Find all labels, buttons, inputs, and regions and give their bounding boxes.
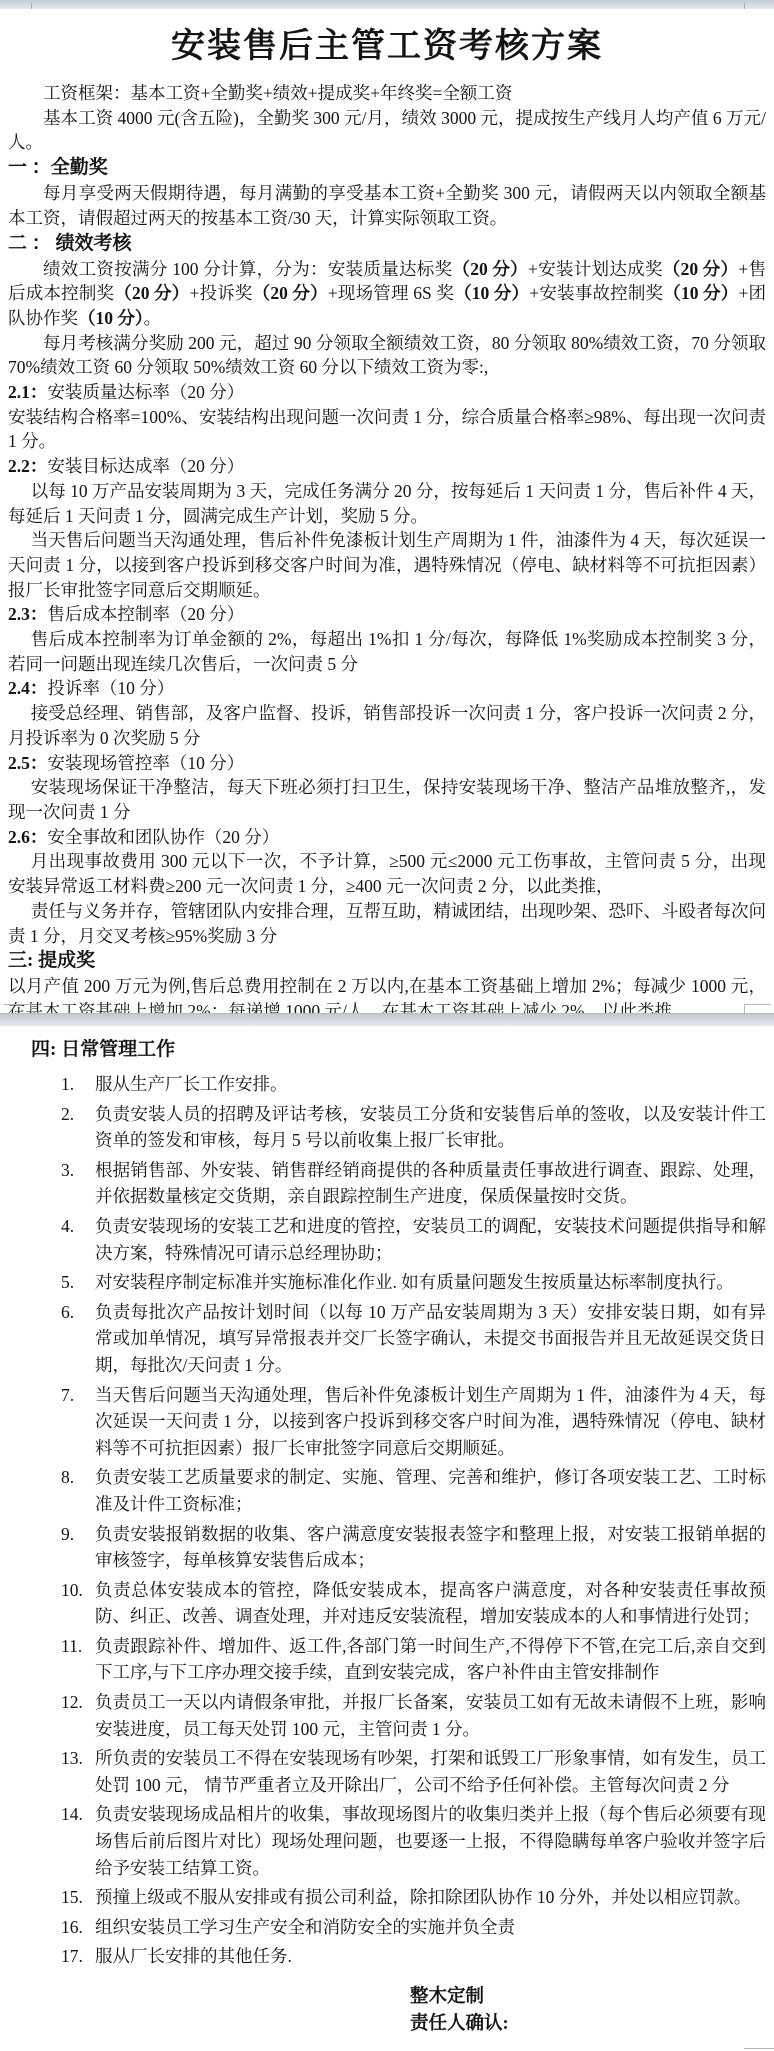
signature-company: 整木定制 [410,1984,774,2011]
list-item-text: 负责员工一天以内请假条审批，并报厂长备案，安装员工如有无故未请假不上班，影响安装… [95,1689,766,1742]
paragraph: 2.4：投诉率（10 分） [8,676,766,701]
text-run: 2.5： [8,753,47,773]
paragraph: 2.5：安装现场管控率（10 分） [8,751,766,776]
paragraph: 2.3：售后成本控制率（20 分） [8,602,766,627]
list-item-text: 所负责的安装员工不得在安装现场有吵架，打架和诋毁工厂形象事情，如有发生，员工处罚… [95,1745,766,1798]
list-item: 14.负责安装现场成品相片的收集，事故现场图片的收集归类并上报（每个售后必须要有… [61,1801,766,1881]
paragraph: 接受总经理、销售部，及客户监督、投诉，销售部投诉一次问责 1 分，客户投诉一次问… [8,701,766,750]
text-run: 基本工资 4000 元(含五险)，全勤奖 300 元/月，绩效 3000 元，提… [8,108,766,153]
paragraph: 责任与义务并存，管辖团队内安排合理，互帮互助，精诚团结，出现吵架、恐吓、斗殴者每… [8,899,766,948]
text-run: （10 分） [663,283,738,303]
text-run: 2.4： [8,678,47,698]
paragraph: 安装现场保证干净整洁，每天下班必须打扫卫生，保持安装现场干净、整洁产品堆放整齐,… [8,775,766,824]
list-item-text: 负责每批次产品按计划时间（以每 10 万产品安装周期为 3 天）安排安装日期，如… [95,1299,766,1379]
list-item-text: 负责安装现场的安装工艺和进度的管控，安装员工的调配，安装技术问题提供指导和解决方… [95,1213,766,1266]
text-run: （10 分） [78,308,144,328]
list-item-number: 13. [61,1745,95,1798]
paragraph: 基本工资 4000 元(含五险)，全勤奖 300 元/月，绩效 3000 元，提… [8,106,766,155]
list-item-number: 5. [61,1269,95,1296]
paragraph: 安装结构合格率=100%、安装结构出现问题一次问责 1 分，综合质量合格率≥98… [8,405,766,454]
text-run: 安装现场管控率（10 分） [47,753,244,773]
list-item: 17.服从厂长安排的其他任务. [61,1943,766,1970]
list-item-number: 2. [61,1101,95,1154]
page-break-gap [0,1013,774,1027]
text-run: +投诉奖 [189,283,252,303]
list-item: 15.预撞上级或不服从安排或有损公司利益，除扣除团队协作 10 分外，并处以相应… [61,1884,766,1911]
paragraph: 每月享受两天假期待遇，每月满勤的享受基本工资+全勤奖 300 元，请假两天以内领… [8,181,766,230]
signature-confirm-label: 责任人确认: [410,2011,774,2038]
list-item-number: 9. [61,1521,95,1574]
list-item: 6.负责每批次产品按计划时间（以每 10 万产品安装周期为 3 天）安排安装日期… [61,1299,766,1379]
list-item: 2.负责安装人员的招聘及评诂考核，安装员工分货和安装售后单的签收，以及安装计件工… [61,1101,766,1154]
list-item: 1.服从生产厂长工作安排。 [61,1071,766,1098]
list-item-text: 预撞上级或不服从安排或有损公司利益，除扣除团队协作 10 分外，并处以相应罚款。 [95,1884,766,1911]
text-run: 安装结构合格率=100%、安装结构出现问题一次问责 1 分，综合质量合格率≥98… [8,407,766,452]
list-item-text: 对安装程序制定标准并实施标准化作业. 如有质量问题发生按质量达标率制度执行。 [95,1269,766,1296]
list-item: 11.负责跟踪补件、增加件、返工件,各部门第一时间生产,不得停下不管,在完工后,… [61,1633,766,1686]
text-run: 当天售后问题当天沟通处理，售后补件免漆板计划生产周期为 1 件，油漆件为 4 天… [8,530,766,599]
list-item: 9.负责安装报销数据的收集、客户满意度安装报表签字和整理上报，对安装工报销单据的… [61,1521,766,1574]
paragraph: 每月考核满分奖励 200 元，超过 90 分领取全额绩效工资，80 分领取 80… [8,331,766,380]
section-heading: 一 ：全勤奖 [8,155,766,181]
list-item-number: 17. [61,1943,95,1970]
text-run: 工资框架：基本工资+全勤奖+绩效+提成奖+年终奖=全额工资 [43,83,512,103]
text-run: （20 分） [452,259,528,279]
list-item: 13.所负责的安装员工不得在安装现场有吵架，打架和诋毁工厂形象事情，如有发生，员… [61,1745,766,1798]
section-heading: 二 ： 绩效考核 [8,231,766,257]
list-item-text: 当天售后问题当天沟通处理，售后补件免漆板计划生产周期为 1 件，油漆件为 4 天… [95,1382,766,1462]
list-item-number: 10. [61,1577,95,1630]
list-item-text: 负责安装现场成品相片的收集，事故现场图片的收集归类并上报（每个售后必须要有现场售… [95,1801,766,1881]
text-run: 二 ： 绩效考核 [8,233,132,254]
list-item: 10.负责总体安装成本的管控，降低安装成本，提高客户满意度，对各种安装责任事故预… [61,1577,766,1630]
text-run: 。 [144,308,162,328]
list-item-text: 服从生产厂长工作安排。 [95,1071,766,1098]
paragraph: 售后成本控制率为订单金额的 2%，每超出 1%扣 1 分/每次，每降低 1%奖励… [8,627,766,676]
text-run: 绩效工资按满分 100 分计算，分为：安装质量达标奖 [43,259,452,279]
text-run: +安装计划达成奖 [528,259,663,279]
list-item-number: 15. [61,1884,95,1911]
section-heading-daily-management: 四: 日常管理工作 [31,1036,766,1063]
text-run: （20 分） [253,283,328,303]
list-item-number: 8. [61,1464,95,1517]
list-item: 12.负责员工一天以内请假条审批，并报厂长备案，安装员工如有无故未请假不上班，影… [61,1689,766,1742]
text-run: 投诉率（10 分） [47,678,174,698]
section-heading: 三: 提成奖 [8,948,766,974]
paragraph: 以月产值 200 万元为例,售后总费用控制在 2 万以内,在基本工资基础上增加 … [8,974,766,1013]
list-item: 3.根据销售部、外安装、销售群经销商提供的各种质量责任事故进行调查、跟踪、处理，… [61,1157,766,1210]
list-item-number: 14. [61,1801,95,1881]
text-run: 安装目标达成率（20 分） [47,456,244,476]
page-1: 安装售后主管工资考核方案 工资框架：基本工资+全勤奖+绩效+提成奖+年终奖=全额… [0,9,774,1013]
paragraph: 绩效工资按满分 100 分计算，分为：安装质量达标奖（20 分）+安装计划达成奖… [8,257,766,331]
text-run: +现场管理 6S 奖 [328,283,454,303]
task-list: 1.服从生产厂长工作安排。2.负责安装人员的招聘及评诂考核，安装员工分货和安装售… [0,1071,774,1970]
text-run: 安装质量达标率（20 分） [47,382,244,402]
text-run: 2.1： [8,382,47,402]
list-item-text: 负责总体安装成本的管控，降低安装成本，提高客户满意度，对各种安装责任事故预防、纠… [95,1577,766,1630]
text-run: 安装现场保证干净整洁，每天下班必须打扫卫生，保持安装现场干净、整洁产品堆放整齐,… [8,777,766,822]
text-run: 一 ：全勤奖 [8,157,108,178]
text-run: 安全事故和团队协作（20 分） [47,827,279,847]
paragraph: 以每 10 万产品安装周期为 3 天，完成任务满分 20 分，按每延后 1 天问… [8,479,766,528]
text-run: （20 分） [114,283,189,303]
document-canvas: 安装售后主管工资考核方案 工资框架：基本工资+全勤奖+绩效+提成奖+年终奖=全额… [0,0,774,2051]
list-item: 4.负责安装现场的安装工艺和进度的管控，安装员工的调配，安装技术问题提供指导和解… [61,1213,766,1266]
list-item-number: 12. [61,1689,95,1742]
text-run: 以每 10 万产品安装周期为 3 天，完成任务满分 20 分，按每延后 1 天问… [8,481,766,526]
list-item-text: 负责跟踪补件、增加件、返工件,各部门第一时间生产,不得停下不管,在完工后,亲自交… [95,1633,766,1686]
text-run: +安装事故控制奖 [529,283,663,303]
list-item-number: 6. [61,1299,95,1379]
text-run: 售后成本控制率为订单金额的 2%，每超出 1%扣 1 分/每次，每降低 1%奖励… [8,629,766,674]
list-item-number: 1. [61,1071,95,1098]
signature-block: 整木定制 责任人确认: [410,1984,774,2038]
list-item-number: 16. [61,1914,95,1941]
list-item-number: 7. [61,1382,95,1462]
text-run: 接受总经理、销售部，及客户监督、投诉，销售部投诉一次问责 1 分，客户投诉一次问… [8,703,766,748]
text-run: 2.3： [8,604,47,624]
list-item: 5.对安装程序制定标准并实施标准化作业. 如有质量问题发生按质量达标率制度执行。 [61,1269,766,1296]
text-run: （20 分） [663,259,739,279]
text-run: 售后成本控制率（20 分） [47,604,244,624]
paragraph: 月出现事故费用 300 元以下一次，不予计算，≥500 元≤2000 元工伤事故… [8,849,766,898]
text-run: 每月享受两天假期待遇，每月满勤的享受基本工资+全勤奖 300 元，请假两天以内领… [8,183,766,228]
list-item-text: 负责安装工艺质量要求的制定、实施、管理、完善和维护，修订各项安装工艺、工时标准及… [95,1464,766,1517]
text-run: 以月产值 200 万元为例,售后总费用控制在 2 万以内,在基本工资基础上增加 … [8,976,766,1013]
text-run: 责任与义务并存，管辖团队内安排合理，互帮互助，精诚团结，出现吵架、恐吓、斗殴者每… [8,901,766,946]
page-2: 四: 日常管理工作 1.服从生产厂长工作安排。2.负责安装人员的招聘及评诂考核，… [0,1026,774,2051]
text-run: 2.2： [8,456,47,476]
list-item-text: 根据销售部、外安装、销售群经销商提供的各种质量责任事故进行调查、跟踪、处理，并依… [95,1157,766,1210]
list-item-number: 4. [61,1213,95,1266]
text-run: （10 分） [454,283,529,303]
list-item: 16.组织安装员工学习生产安全和消防安全的实施并负全责 [61,1914,766,1941]
list-item-text: 负责安装人员的招聘及评诂考核，安装员工分货和安装售后单的签收，以及安装计件工资单… [95,1101,766,1154]
list-item-text: 负责安装报销数据的收集、客户满意度安装报表签字和整理上报，对安装工报销单据的审核… [95,1521,766,1574]
paragraph: 工资框架：基本工资+全勤奖+绩效+提成奖+年终奖=全额工资 [8,81,766,106]
paragraph: 当天售后问题当天沟通处理，售后补件免漆板计划生产周期为 1 件，油漆件为 4 天… [8,528,766,602]
text-run: 月出现事故费用 300 元以下一次，不予计算，≥500 元≤2000 元工伤事故… [8,851,766,896]
list-item-text: 服从厂长安排的其他任务. [95,1943,766,1970]
list-item-number: 11. [61,1633,95,1686]
document-title: 安装售后主管工资考核方案 [10,25,764,69]
list-item-number: 3. [61,1157,95,1210]
text-run: 2.6： [8,827,47,847]
list-item: 8.负责安装工艺质量要求的制定、实施、管理、完善和维护，修订各项安装工艺、工时标… [61,1464,766,1517]
text-run: 每月考核满分奖励 200 元，超过 90 分领取全额绩效工资，80 分领取 80… [8,333,766,378]
paragraph: 2.1：安装质量达标率（20 分） [8,380,766,405]
paragraph: 2.6：安全事故和团队协作（20 分） [8,825,766,850]
text-run: 三: 提成奖 [8,950,95,971]
paragraph: 2.2：安装目标达成率（20 分） [8,454,766,479]
list-item: 7.当天售后问题当天沟通处理，售后补件免漆板计划生产周期为 1 件，油漆件为 4… [61,1382,766,1462]
list-item-text: 组织安装员工学习生产安全和消防安全的实施并负全责 [95,1914,766,1941]
paragraph-list: 工资框架：基本工资+全勤奖+绩效+提成奖+年终奖=全额工资基本工资 4000 元… [0,81,774,1013]
